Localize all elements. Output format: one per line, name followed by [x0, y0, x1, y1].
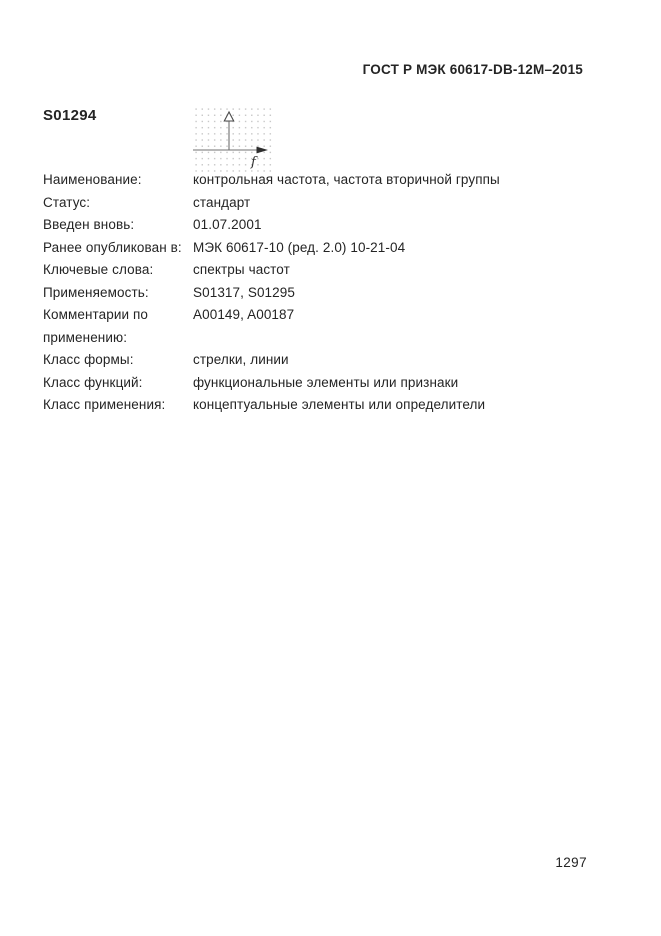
document-page: ГОСТ Р МЭК 60617-DB-12М–2015 S01294 f На… [0, 0, 661, 936]
field-value-shape-class: стрелки, линии [193, 349, 608, 372]
pilot-open-arrowhead-icon [224, 112, 233, 121]
field-value-keywords: спектры частот [193, 259, 608, 282]
field-value-name: контрольная частота, частота вторичной г… [193, 169, 608, 192]
symbol-id-title: S01294 [43, 107, 97, 124]
field-label-previously-published: Ранее опубликован в: [43, 237, 193, 260]
field-label-introduced: Введен вновь: [43, 214, 193, 237]
field-value-function-class: функциональные элементы или признаки [193, 372, 608, 395]
field-value-applicability: S01317, S01295 [193, 282, 608, 305]
field-value-previously-published: МЭК 60617-10 (ред. 2.0) 10-21-04 [193, 237, 608, 260]
standard-header: ГОСТ Р МЭК 60617-DB-12М–2015 [363, 62, 583, 77]
field-label-function-class: Класс функций: [43, 372, 193, 395]
symbol-graphic: f [192, 104, 272, 172]
field-label-applicability: Применяемость: [43, 282, 193, 305]
field-value-status: стандарт [193, 192, 608, 215]
attribute-table: Наименование: контрольная частота, часто… [43, 169, 608, 417]
field-label-name: Наименование: [43, 169, 193, 192]
axis-arrowhead-icon [257, 147, 269, 154]
field-label-status: Статус: [43, 192, 193, 215]
field-label-application-class: Класс применения: [43, 394, 193, 417]
page-number: 1297 [555, 855, 587, 870]
field-label-shape-class: Класс формы: [43, 349, 193, 372]
frequency-axis-symbol: f [192, 104, 272, 172]
field-label-application-comments: Комментарии по применению: [43, 304, 193, 349]
field-value-introduced: 01.07.2001 [193, 214, 608, 237]
field-value-application-class: концептуальные элементы или определители [193, 394, 608, 417]
field-value-application-comments: A00149, A00187 [193, 304, 608, 349]
field-label-keywords: Ключевые слова: [43, 259, 193, 282]
axis-frequency-label: f [250, 155, 258, 170]
